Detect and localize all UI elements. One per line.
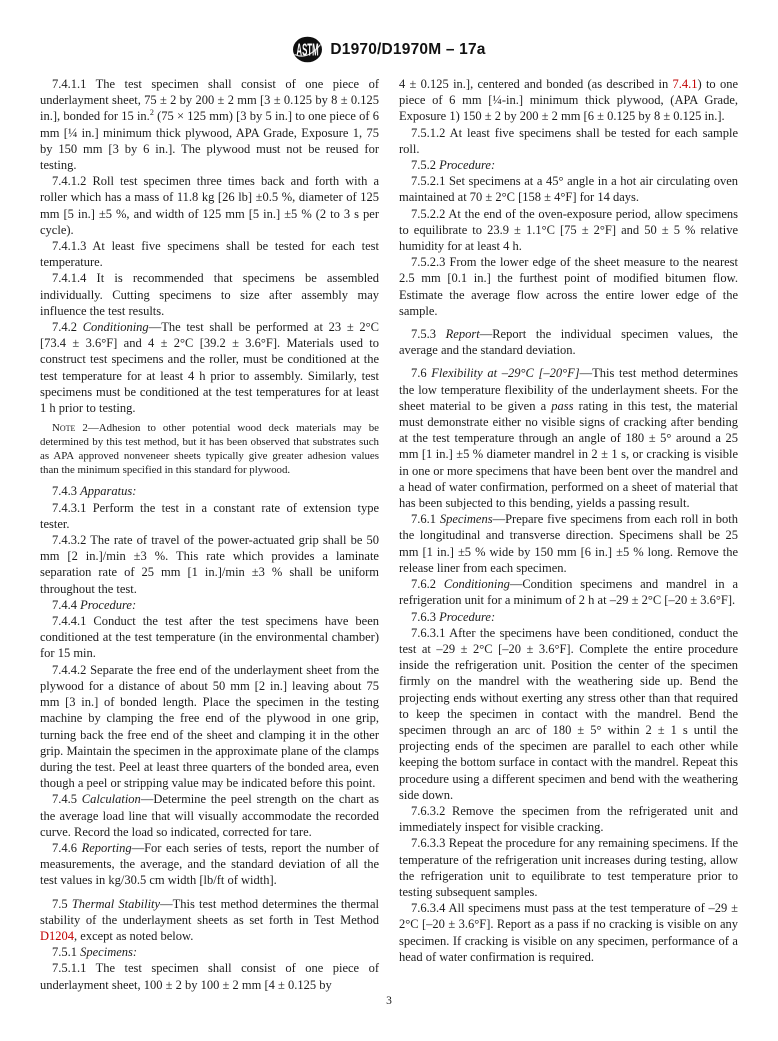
text-segment: 7.4.3.2 The rate of travel of the power-… [40, 533, 379, 596]
para-7.4.3: 7.4.3 Apparatus: [40, 483, 379, 499]
text-segment: Apparatus: [80, 484, 136, 498]
text-segment: 7.4.4 [52, 598, 80, 612]
doc-reference-link[interactable]: 7.4.1 [673, 77, 698, 91]
text-segment: 7.5.2.2 At the end of the oven-exposure … [399, 207, 738, 253]
text-segment: 7.6.3.3 Repeat the procedure for any rem… [399, 836, 738, 899]
text-segment: 7.6.3 [411, 610, 439, 624]
text-segment: 7.4.6 [52, 841, 82, 855]
text-segment: 7.4.4.1 Conduct the test after the test … [40, 614, 379, 660]
text-segment: Flexibility at –29°C [–20°F] [431, 366, 579, 380]
text-segment: 7.5 [52, 897, 72, 911]
text-segment: Procedure: [80, 598, 136, 612]
para-7.6.2: 7.6.2 Conditioning—Condition specimens a… [399, 576, 738, 608]
para-7.6.3.2: 7.6.3.2 Remove the specimen from the ref… [399, 803, 738, 835]
note-2: Note 2—Adhesion to other potential wood … [40, 422, 379, 477]
para-7.4.4.2: 7.4.4.2 Separate the free end of the und… [40, 662, 379, 792]
doc-reference-link[interactable]: D1204 [40, 929, 74, 943]
page-number: 3 [386, 995, 392, 1007]
para-7.6.3: 7.6.3 Procedure: [399, 609, 738, 625]
astm-logo-icon: ASTM [292, 36, 323, 63]
text-segment: Procedure: [439, 610, 495, 624]
text-segment: , except as noted below. [74, 929, 193, 943]
right-column: 4 ± 0.125 in.], centered and bonded (as … [399, 76, 738, 993]
para-7.5.2: 7.5.2 Procedure: [399, 157, 738, 173]
para-7.5.1.1: 7.5.1.1 The test specimen shall consist … [40, 960, 379, 992]
para-7.4.1.1: 7.4.1.1 The test specimen shall consist … [40, 76, 379, 173]
para-7.5.2.2: 7.5.2.2 At the end of the oven-exposure … [399, 206, 738, 255]
para-7.5: 7.5 Thermal Stability—This test method d… [40, 896, 379, 945]
text-segment: 7.4.1.2 Roll test specimen three times b… [40, 174, 379, 237]
text-segment: 7.4.3.1 Perform the test in a constant r… [40, 501, 379, 531]
text-segment: —The test shall be performed at 23 ± 2°C… [40, 320, 379, 415]
text-segment: Report [446, 327, 480, 341]
para-7.6: 7.6 Flexibility at –29°C [–20°F]—This te… [399, 365, 738, 511]
text-segment: 7.5.1.1 The test specimen shall consist … [40, 961, 379, 991]
para-7.6.3.1: 7.6.3.1 After the specimens have been co… [399, 625, 738, 803]
text-segment: Conditioning [83, 320, 149, 334]
page-header: ASTM D1970/D1970M – 17a [0, 0, 778, 63]
two-column-body: 7.4.1.1 The test specimen shall consist … [0, 76, 778, 993]
text-segment: Thermal Stability [72, 897, 160, 911]
text-segment: 7.4.5 [52, 792, 82, 806]
text-segment: 7.6.1 [411, 512, 440, 526]
para-7.4.4.1: 7.4.4.1 Conduct the test after the test … [40, 613, 379, 662]
text-segment: 7.4.1.4 It is recommended that specimens… [40, 271, 379, 317]
text-segment: 7.4.4.2 Separate the free end of the und… [40, 663, 379, 790]
text-segment: Conditioning [444, 577, 510, 591]
document-designation: D1970/D1970M – 17a [330, 41, 485, 59]
text-segment: 7.5.1 [52, 945, 80, 959]
text-segment: Procedure: [439, 158, 495, 172]
para-7.5.3: 7.5.3 Report—Report the individual speci… [399, 326, 738, 358]
text-segment: 7.5.2.3 From the lower edge of the sheet… [399, 255, 738, 318]
text-segment: 4 ± 0.125 in.], centered and bonded (as … [399, 77, 673, 91]
text-segment: 7.6.3.1 After the specimens have been co… [399, 626, 738, 802]
text-segment: 7.4.1.3 At least five specimens shall be… [40, 239, 379, 269]
text-segment: 7.6.3.2 Remove the specimen from the ref… [399, 804, 738, 834]
text-segment: pass [551, 399, 573, 413]
left-column: 7.4.1.1 The test specimen shall consist … [40, 76, 379, 993]
para-7.4.5: 7.4.5 Calculation—Determine the peel str… [40, 791, 379, 840]
para-7.5.1: 7.5.1 Specimens: [40, 944, 379, 960]
text-segment: rating in this test, the material must d… [399, 399, 738, 510]
para-7.4.1.3: 7.4.1.3 At least five specimens shall be… [40, 238, 379, 270]
text-segment: 7.5.2 [411, 158, 439, 172]
text-segment: 7.6.3.4 All specimens must pass at the t… [399, 901, 738, 964]
para-7.4.2: 7.4.2 Conditioning—The test shall be per… [40, 319, 379, 416]
para-7.4.6: 7.4.6 Reporting—For each series of tests… [40, 840, 379, 889]
para-7.4.3.1: 7.4.3.1 Perform the test in a constant r… [40, 500, 379, 532]
text-segment: 7.4.2 [52, 320, 83, 334]
text-segment: 7.6.2 [411, 577, 444, 591]
text-segment: 7.6 [411, 366, 431, 380]
text-segment: Calculation [82, 792, 141, 806]
text-segment: Specimens [440, 512, 493, 526]
text-segment: 7.5.1.2 At least five specimens shall be… [399, 126, 738, 156]
text-segment: 7.4.3 [52, 484, 80, 498]
text-segment: 7.5.3 [411, 327, 446, 341]
text-segment: Specimens: [80, 945, 137, 959]
para-7.4.3.2: 7.4.3.2 The rate of travel of the power-… [40, 532, 379, 597]
para-7.5.1.2: 7.5.1.2 At least five specimens shall be… [399, 125, 738, 157]
para-7.5.2.1: 7.5.2.1 Set specimens at a 45° angle in … [399, 173, 738, 205]
text-segment: Reporting [82, 841, 132, 855]
text-segment: 7.5.2.1 Set specimens at a 45° angle in … [399, 174, 738, 204]
para-7.4.1.4: 7.4.1.4 It is recommended that specimens… [40, 270, 379, 319]
para-7.6.3.3: 7.6.3.3 Repeat the procedure for any rem… [399, 835, 738, 900]
text-segment: 2—Adhesion to other potential wood deck … [40, 422, 379, 475]
page-footer: 3 [0, 995, 778, 1007]
document-page: ASTM D1970/D1970M – 17a 7.4.1.1 The test… [0, 0, 778, 1041]
para-7.6.1: 7.6.1 Specimens—Prepare five specimens f… [399, 511, 738, 576]
para-7.4.4: 7.4.4 Procedure: [40, 597, 379, 613]
para-7.5.2.3: 7.5.2.3 From the lower edge of the sheet… [399, 254, 738, 319]
text-segment: Note [52, 422, 75, 434]
para-7.6.3.4: 7.6.3.4 All specimens must pass at the t… [399, 900, 738, 965]
para-7.4.1.2: 7.4.1.2 Roll test specimen three times b… [40, 173, 379, 238]
para-7.5.1.1-continued: 4 ± 0.125 in.], centered and bonded (as … [399, 76, 738, 125]
